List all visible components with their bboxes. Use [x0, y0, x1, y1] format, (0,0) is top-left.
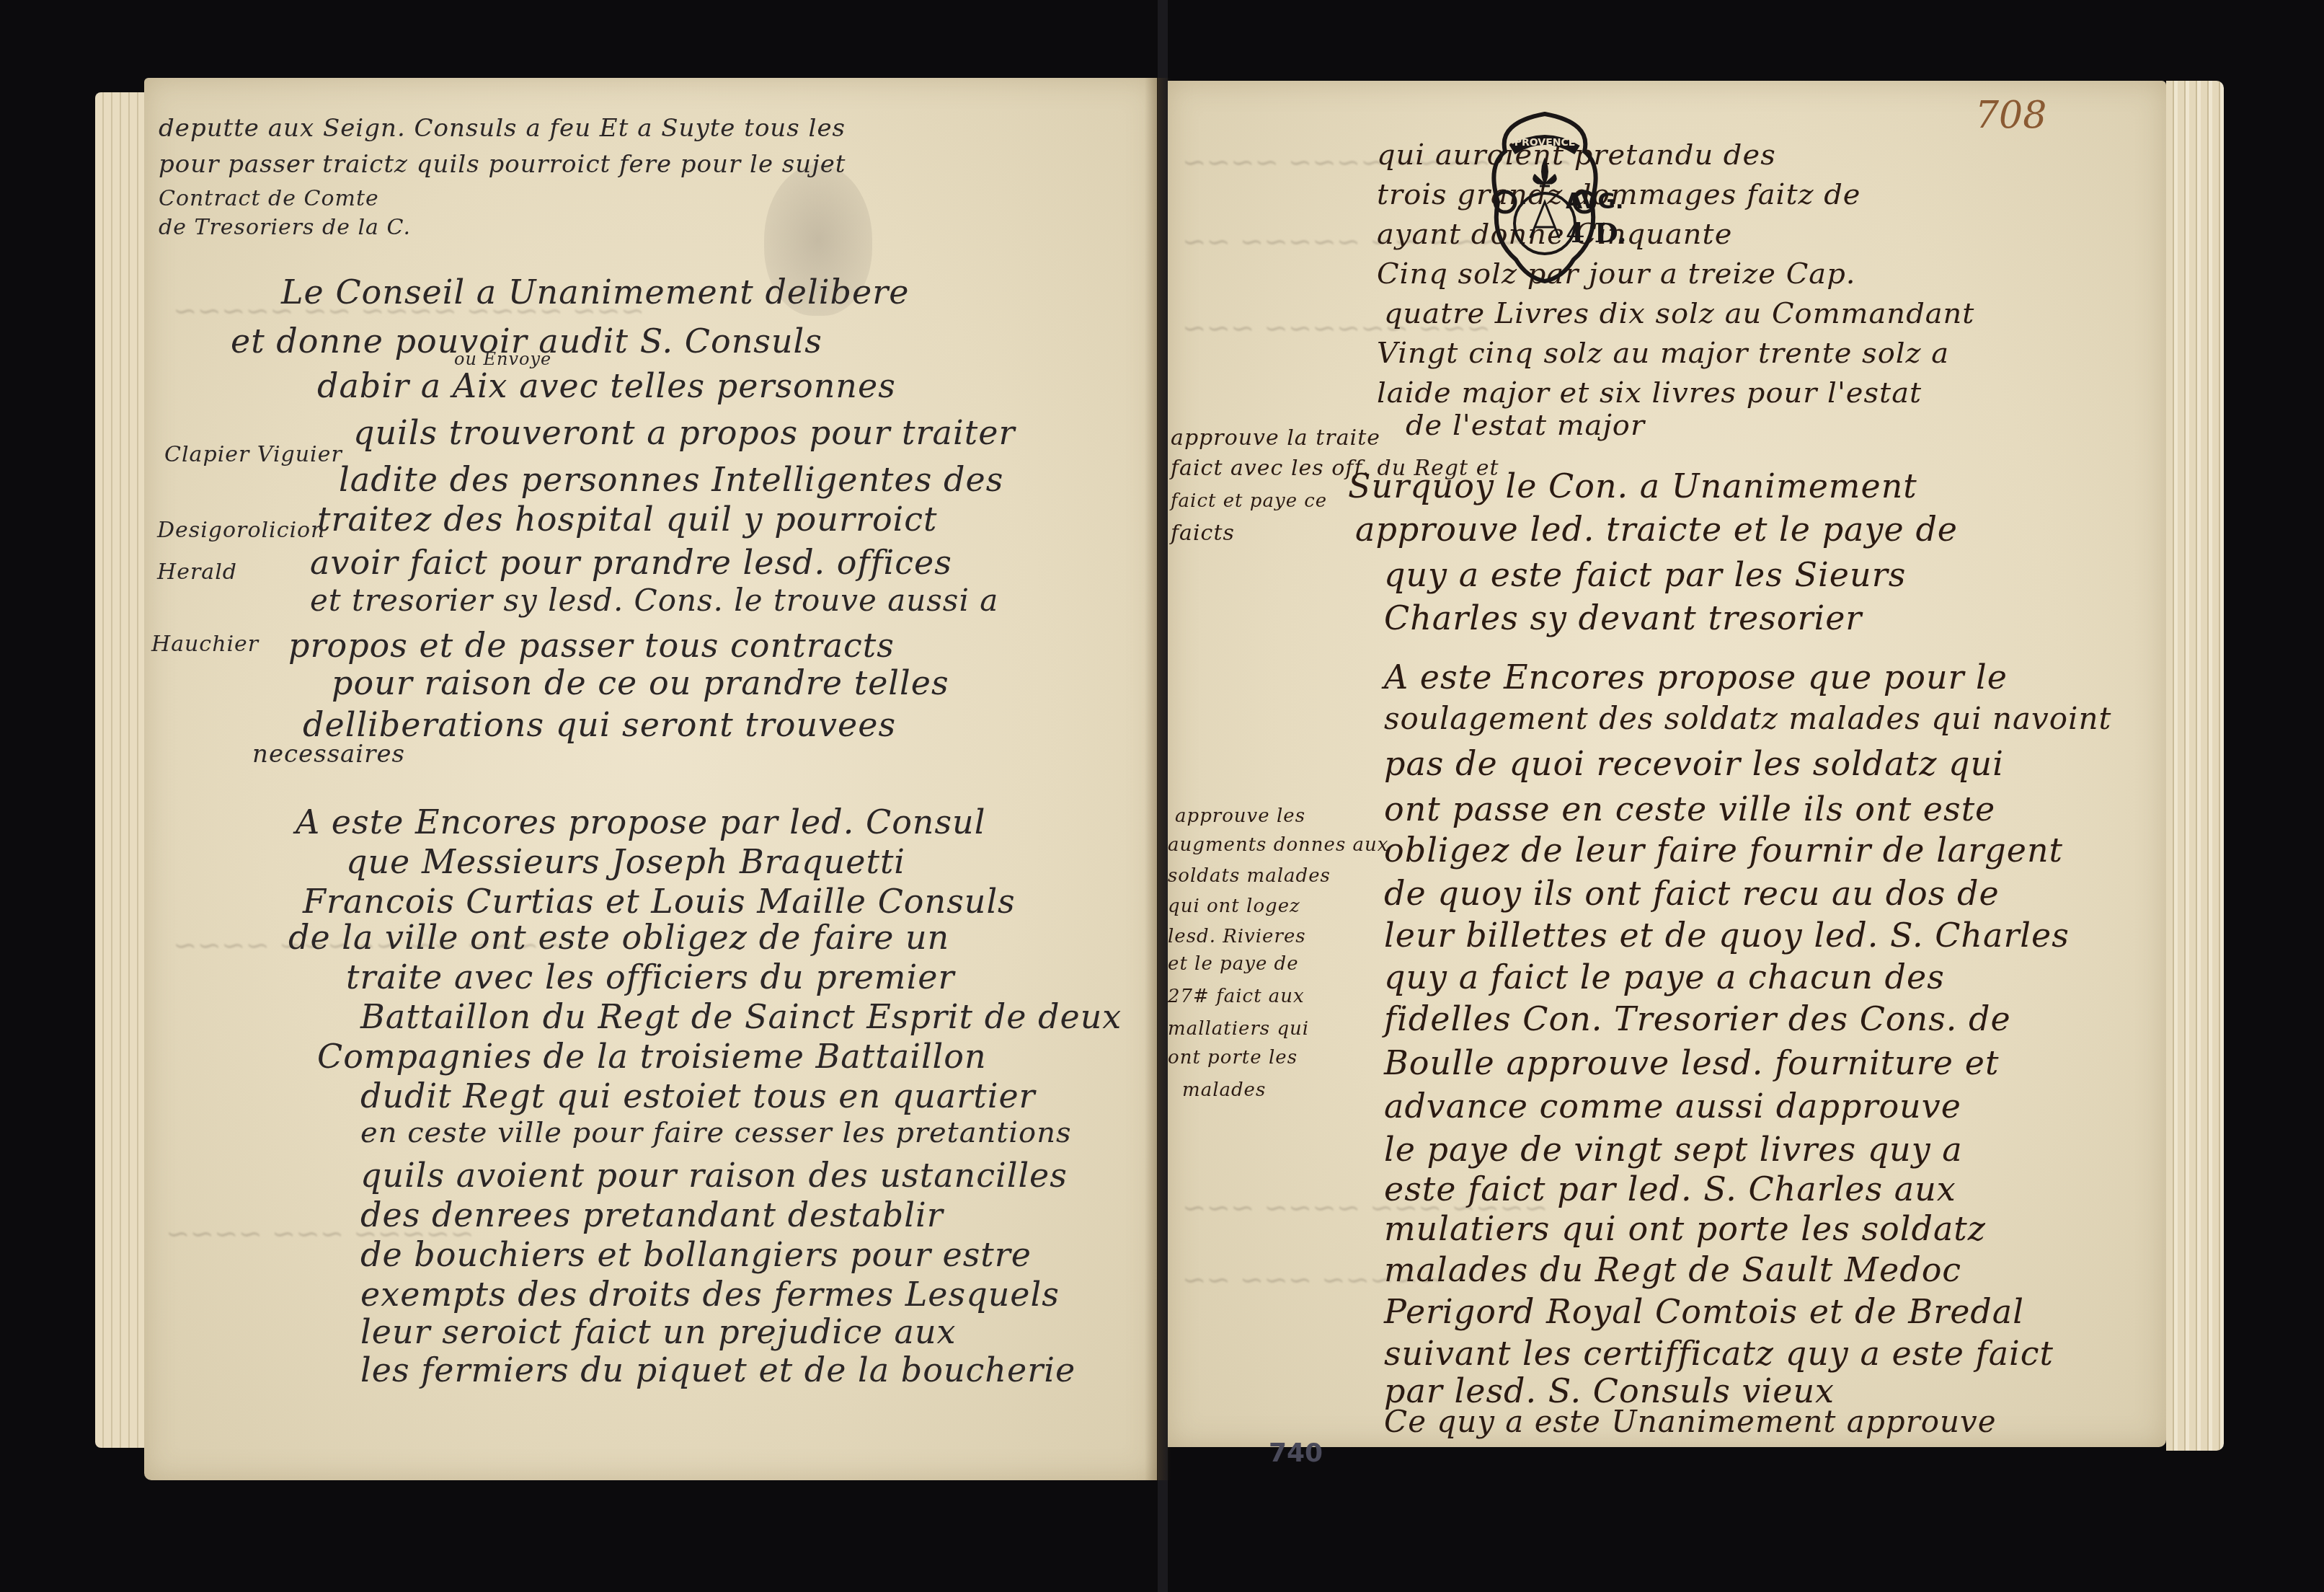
manuscript-line: A este Encores propose que pour le — [1384, 658, 2008, 696]
manuscript-line: leur billettes et de quoy led. S. Charle… — [1384, 916, 2070, 955]
manuscript-line: exempts des droits des fermes Lesquels — [360, 1275, 1060, 1314]
manuscript-line: de l'estat major — [1406, 409, 1645, 442]
manuscript-line: este faict par led. S. Charles aux — [1384, 1169, 1956, 1208]
manuscript-line: Boulle approuve lesd. fourniture et — [1384, 1043, 1999, 1082]
manuscript-line: et tresorier sy lesd. Cons. le trouve au… — [310, 583, 998, 618]
stamp-value: 4 D. — [1566, 216, 1627, 249]
manuscript-line: laide major et six livres pour l'estat — [1377, 376, 1922, 410]
manuscript-line: pas de quoi recevoir les soldatz qui — [1384, 744, 2004, 783]
book-gutter — [1145, 78, 1171, 1480]
manuscript-line: Le Conseil a Unanimement delibere — [281, 273, 909, 311]
manuscript-line: fidelles Con. Tresorier des Cons. de — [1384, 999, 2011, 1038]
manuscript-line: des denrees pretandant destablir — [360, 1195, 944, 1234]
manuscript-line: dabir a Aix avec telles personnes — [317, 366, 896, 405]
manuscript-line: obligez de leur faire fournir de largent — [1384, 831, 2063, 870]
margin-note: faict et paye ce — [1171, 490, 1327, 512]
svg-text:PROVENCE: PROVENCE — [1514, 137, 1576, 149]
manuscript-line: mulatiers qui ont porte les soldatz — [1384, 1209, 1986, 1248]
manuscript-line: Contract de Comte — [159, 186, 379, 211]
manuscript-line: Ce quy a este Unanimement approuve — [1384, 1404, 1997, 1439]
manuscript-line: Compagnies de la troisieme Battaillon — [317, 1037, 987, 1076]
manuscript-line: Perigord Royal Comtois et de Bredal — [1384, 1292, 2024, 1331]
margin-note: ont porte les — [1168, 1047, 1298, 1069]
manuscript-line: delliberations qui seront trouvees — [303, 705, 896, 744]
margin-note: soldats malades — [1168, 865, 1331, 887]
manuscript-line: A este Encores propose par led. Consul — [296, 802, 985, 841]
manuscript-line: Battaillon du Regt de Sainct Esprit de d… — [360, 997, 1122, 1036]
margin-note: augments donnes aux — [1168, 834, 1388, 856]
manuscript-line: ladite des personnes Intelligentes des — [339, 460, 1003, 499]
manuscript-line: quils avoient pour raison des ustancille… — [360, 1156, 1068, 1195]
margin-note: Desigorolicion — [157, 518, 325, 543]
manuscript-line: en ceste ville pour faire cesser les pre… — [360, 1116, 1071, 1149]
margin-note: Herald — [157, 560, 237, 585]
margin-note: approuve la traite — [1171, 425, 1380, 451]
margin-note: qui ont logez — [1168, 895, 1300, 917]
manuscript-line: pour raison de ce ou prandre telles — [332, 663, 949, 702]
manuscript-line: quy a este faict par les Sieurs — [1384, 555, 1906, 594]
manuscript-line: quy a faict le paye a chacun des — [1384, 958, 1945, 996]
margin-note: faicts — [1171, 521, 1235, 546]
manuscript-line: de quoy ils ont faict recu au dos de — [1384, 874, 2000, 913]
margin-note: malades — [1182, 1079, 1266, 1101]
margin-note: et le paye de — [1168, 953, 1299, 975]
manuscript-line: le paye de vingt sept livres quy a — [1384, 1130, 1963, 1169]
manuscript-line: Surquoy le Con. a Unanimement — [1348, 466, 1917, 505]
manuscript-line: Vingt cinq solz au major trente solz a — [1377, 337, 1949, 370]
manuscript-line: approuve led. traicte et le paye de — [1355, 510, 1958, 549]
pencil-folio-number: 740 — [1269, 1438, 1323, 1468]
margin-note: Clapier Viguier — [164, 442, 342, 467]
folio-number: 708 — [1975, 94, 2046, 137]
manuscript-line: les fermiers du piquet et de la boucheri… — [360, 1350, 1075, 1389]
manuscript-line: quils trouveront a propos pour traiter — [353, 413, 1015, 452]
manuscript-line: avoir faict pour prandre lesd. offices — [310, 543, 952, 582]
manuscript-line: pour passer traictz quils pourroict fere… — [159, 150, 846, 179]
manuscript-line: Charles sy devant tresorier — [1384, 598, 1862, 637]
manuscript-line: deputte aux Seign. Consuls a feu Et a Su… — [159, 114, 846, 143]
manuscript-line: traitez des hospital quil y pourroict — [317, 500, 938, 539]
manuscript-line: de bouchiers et bollangiers pour estre — [360, 1235, 1032, 1274]
right-page-stack-edge — [2166, 81, 2224, 1451]
margin-note: approuve les — [1175, 805, 1305, 827]
right-page: ~~~ ~~~~ ~~~~ ~~~~ ~~~~ ~~ ~~~~~ ~~ ~~~ … — [1168, 81, 2166, 1447]
manuscript-line: propos et de passer tous contracts — [288, 626, 895, 665]
manuscript-line: leur seroict faict un prejudice aux — [360, 1312, 956, 1351]
manuscript-line: suivant les certifficatz quy a este faic… — [1384, 1334, 2054, 1373]
margin-note: 27# faict aux — [1168, 986, 1305, 1007]
manuscript-line: dudit Regt qui estoiet tous en quartier — [360, 1076, 1036, 1115]
manuscript-line: necessaires — [252, 740, 405, 769]
manuscript-line: advance comme aussi dapprouve — [1384, 1087, 1961, 1126]
manuscript-line: de la ville ont este obligez de faire un — [288, 918, 949, 957]
manuscript-line: soulagement des soldatz malades qui navo… — [1384, 701, 2111, 736]
manuscript-line: quatre Livres dix solz au Commandant — [1384, 297, 1974, 330]
manuscript-line: de Tresoriers de la C. — [159, 215, 411, 240]
manuscript-line: Francois Curtias et Louis Maille Consuls — [303, 882, 1016, 921]
left-page: ~~~ ~~~~ ~~~~ ~~ ~~~~~ ~~~~ ~~ ~~~~~ ~~~… — [144, 78, 1157, 1480]
margin-note: lesd. Rivieres — [1168, 926, 1306, 947]
stamp-tax-mark: AVG. — [1566, 189, 1623, 214]
margin-note: Hauchier — [151, 632, 259, 657]
manuscript-line: malades du Regt de Sault Medoc — [1384, 1250, 1961, 1289]
manuscript-line: ont passe en ceste ville ils ont este — [1384, 790, 1995, 828]
manuscript-line: Cinq solz par jour a treize Cap. — [1377, 257, 1856, 291]
margin-note: mallatiers qui — [1168, 1018, 1309, 1040]
manuscript-line: que Messieurs Joseph Braquetti — [346, 842, 905, 881]
manuscript-line: traite avec les officiers du premier — [346, 958, 954, 996]
